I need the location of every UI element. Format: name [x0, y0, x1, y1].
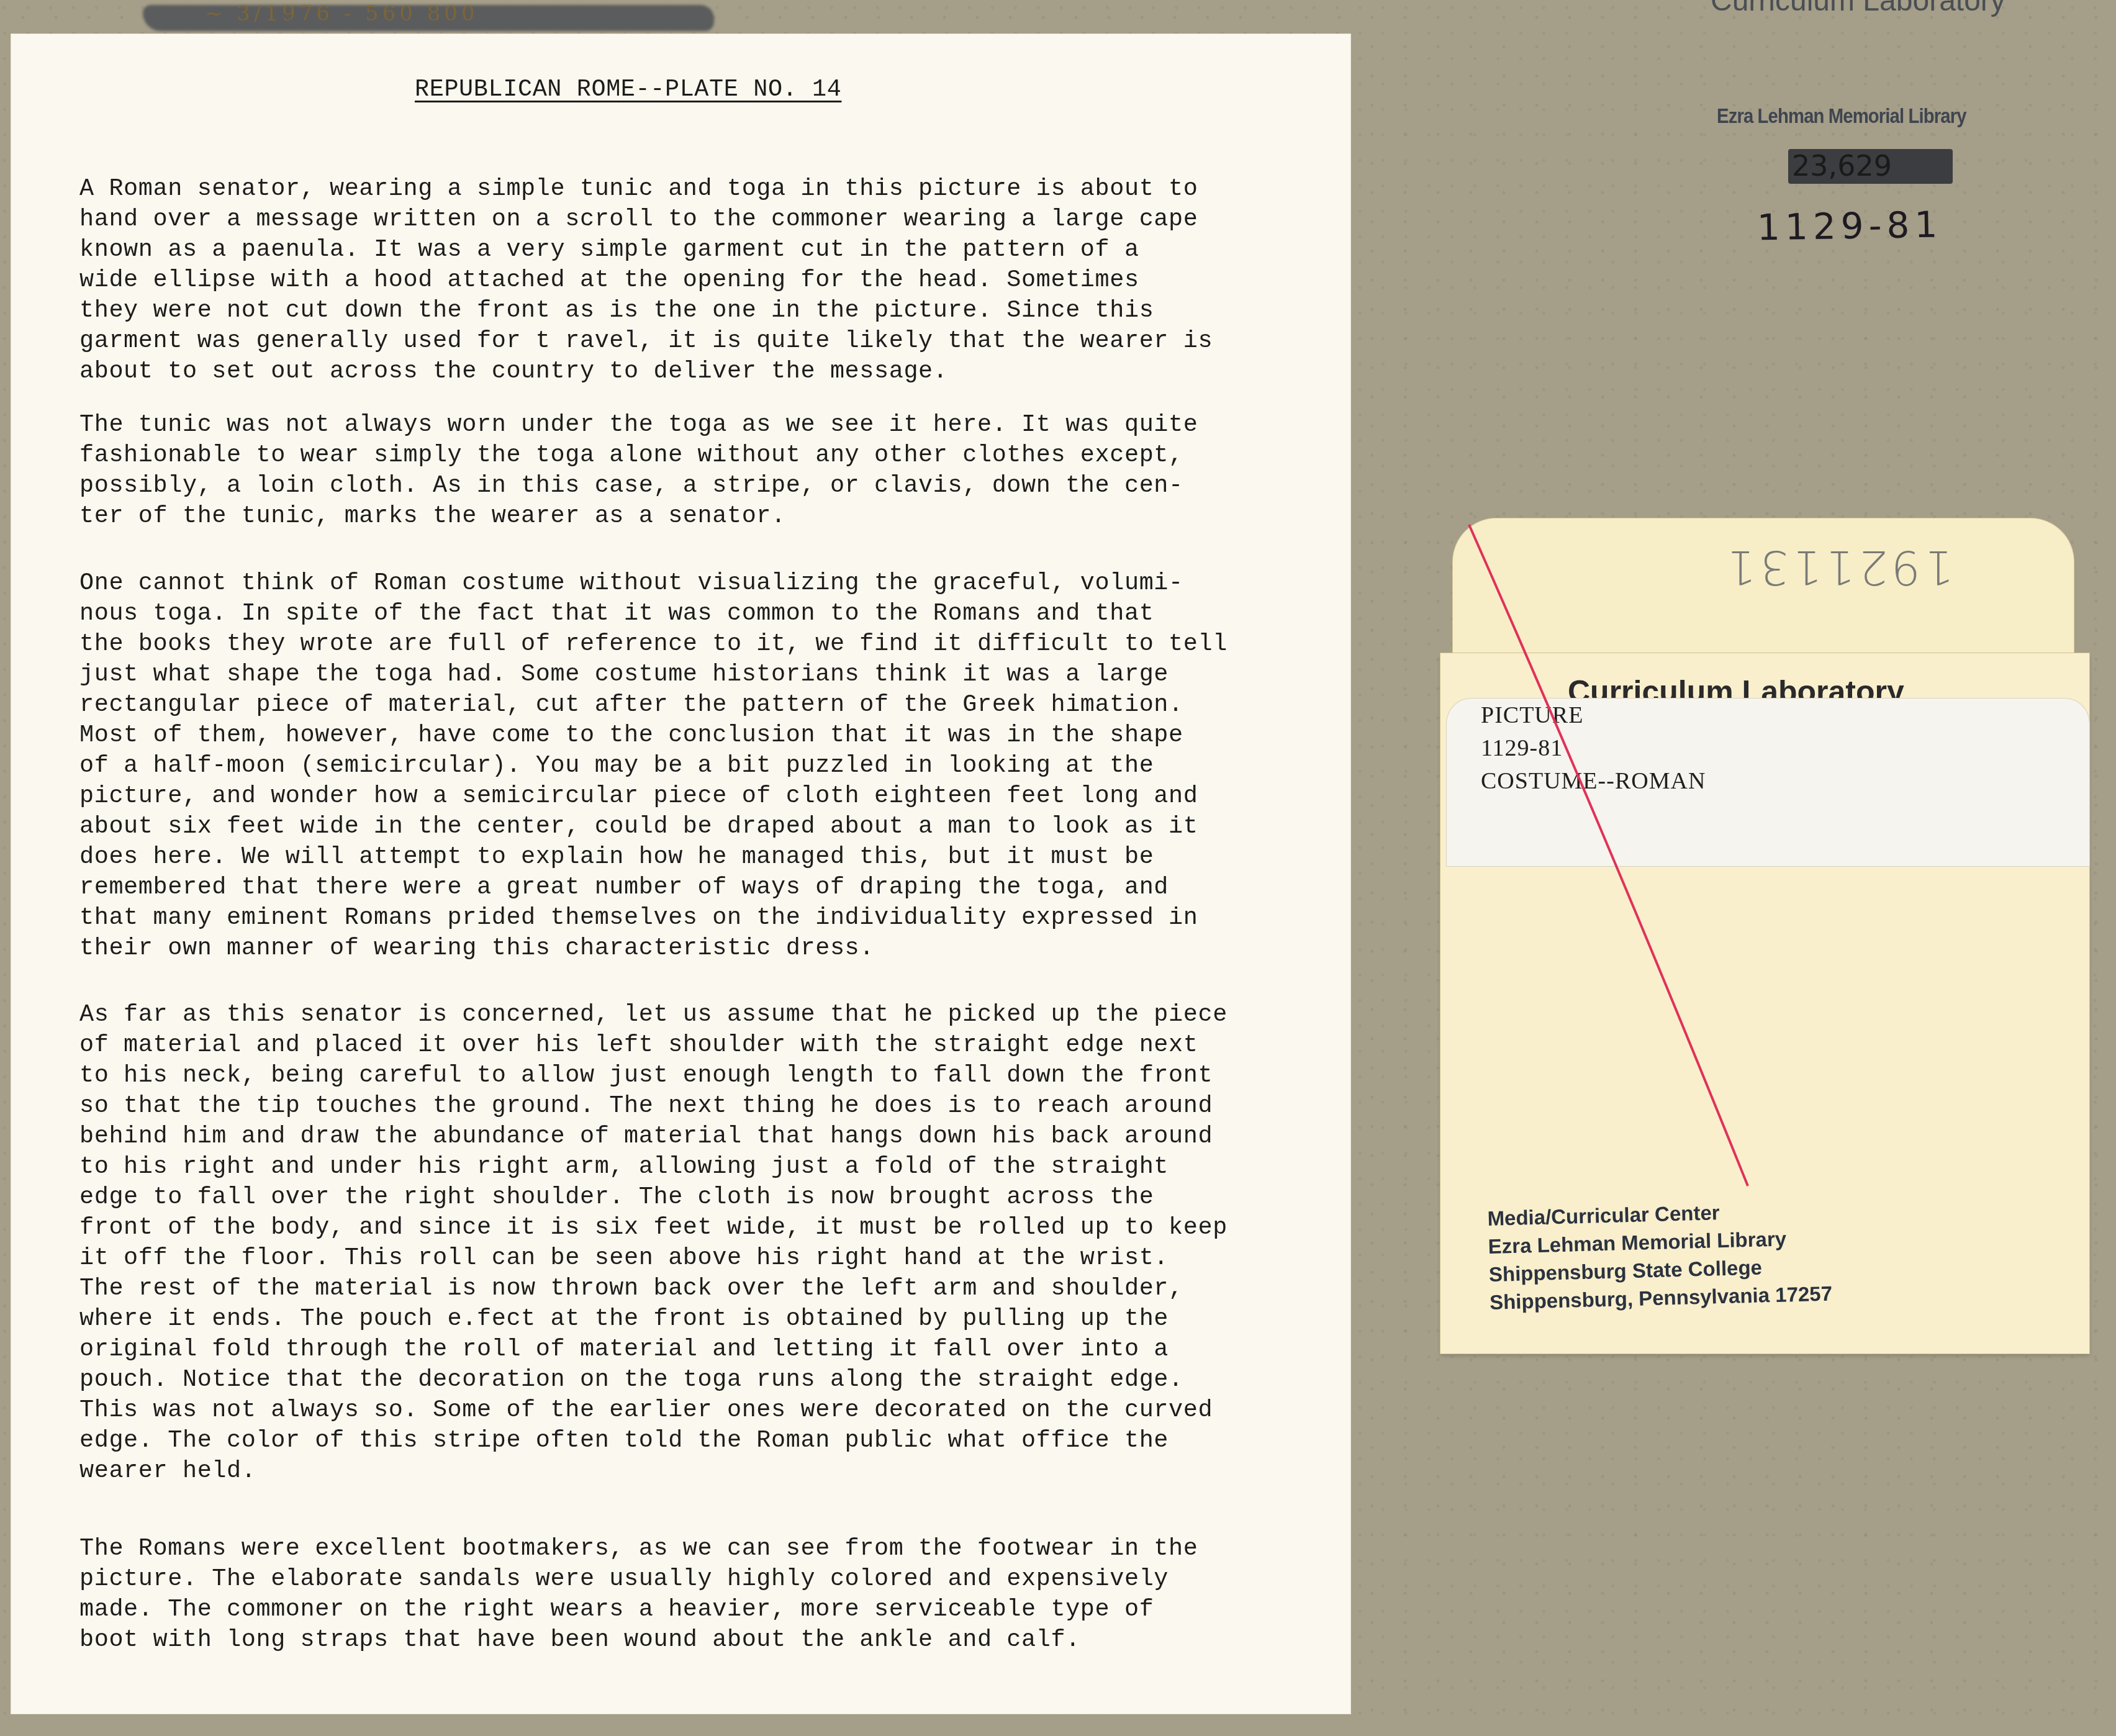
accession-number: 23,629 — [1792, 149, 1892, 183]
label-subject: COSTUME--ROMAN — [1481, 767, 1706, 795]
handwritten-call-number: 1129-81 — [1757, 203, 1942, 248]
paragraph-tunic: The tunic was not always worn under the … — [79, 410, 1315, 531]
smudged-handwriting: ~ 3/1976 - 560 800 — [205, 1, 479, 26]
label-type: PICTURE — [1481, 702, 1583, 729]
paragraph-senator-commoner: A Roman senator, wearing a simple tunic … — [79, 174, 1315, 387]
paragraph-draping: As far as this senator is concerned, let… — [79, 1000, 1315, 1486]
accession-number-box: 23,629 — [1788, 149, 1953, 184]
cutoff-stamp-curriculum-laboratory: Curriculum Laboratory — [1711, 0, 2005, 18]
paragraph-footwear: The Romans were excellent bootmakers, as… — [79, 1534, 1315, 1655]
card-handwritten-number: 1921131 — [1723, 540, 1954, 594]
typed-document-sheet: REPUBLICAN ROME--PLATE NO. 14 A Roman se… — [11, 34, 1350, 1714]
label-call-number: 1129-81 — [1481, 735, 1563, 762]
library-stamp: Ezra Lehman Memorial Library — [1717, 104, 1966, 129]
paragraph-toga-shape: One cannot think of Roman costume withou… — [79, 568, 1315, 964]
pocket-address: Media/Curricular Center Ezra Lehman Memo… — [1487, 1196, 1833, 1316]
document-title: REPUBLICAN ROME--PLATE NO. 14 — [415, 75, 841, 105]
